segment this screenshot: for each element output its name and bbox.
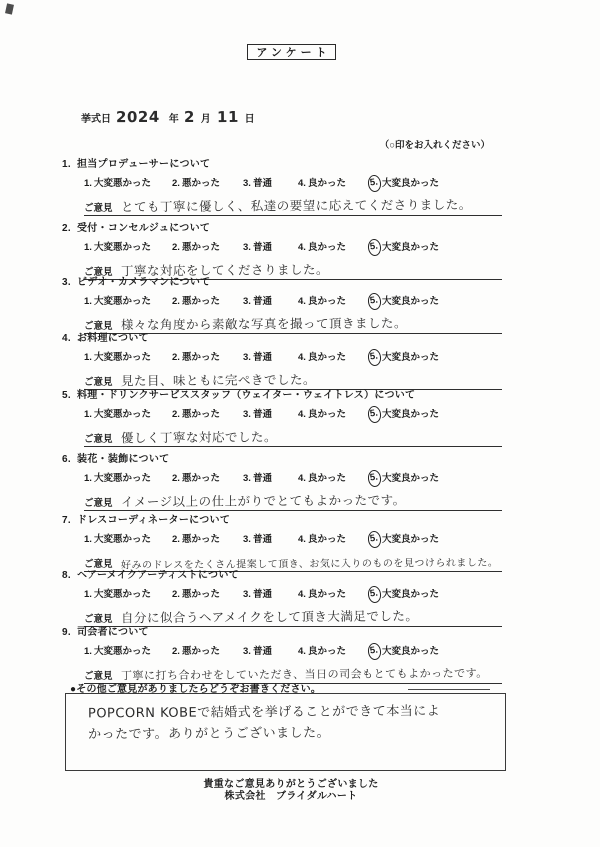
comment-label: ご意見 bbox=[84, 374, 113, 389]
rating-option: 4.良かった bbox=[298, 472, 368, 486]
rating-option: 3.普通 bbox=[243, 241, 298, 255]
question-title: お料理について bbox=[77, 333, 149, 344]
rating-option: 5.大変良かった bbox=[368, 349, 439, 366]
rating-option-label: 大変良かった bbox=[382, 645, 439, 659]
question-block: 8.ヘアーメイクアーティストについて 1.大変悪かった 2.悪かった 3.普通 … bbox=[0, 569, 600, 627]
rating-option-number: 5. bbox=[367, 238, 382, 256]
rating-option-label: 悪かった bbox=[182, 533, 220, 547]
rating-option: 5.大変良かった bbox=[368, 470, 439, 487]
rating-option-number: 5. bbox=[367, 405, 382, 423]
comment-label: ご意見 bbox=[84, 431, 113, 446]
rating-options-row: 1.大変悪かった 2.悪かった 3.普通 4.良かった 5.大変良かった bbox=[84, 406, 600, 423]
rating-option-number: 2. bbox=[172, 241, 180, 255]
rating-option: 5.大変良かった bbox=[368, 586, 439, 603]
rating-option: 2.悪かった bbox=[172, 533, 243, 547]
rating-options-row: 1.大変悪かった 2.悪かった 3.普通 4.良かった 5.大変良かった bbox=[84, 293, 600, 310]
rating-option: 1.大変悪かった bbox=[84, 408, 172, 422]
rating-option: 1.大変悪かった bbox=[84, 295, 172, 309]
rating-option: 3.普通 bbox=[243, 533, 298, 547]
rating-option-number: 1. bbox=[84, 533, 92, 547]
rating-option: 3.普通 bbox=[243, 295, 298, 309]
rating-option-number: 3. bbox=[243, 472, 251, 486]
comment-label: ご意見 bbox=[84, 200, 113, 215]
rating-option-label: 悪かった bbox=[182, 241, 220, 255]
rating-option: 4.良かった bbox=[298, 351, 368, 365]
comment-row: ご意見 イメージ以上の仕上がりでとてもよかったです。 bbox=[84, 490, 502, 511]
rating-option-number: 4. bbox=[298, 177, 306, 191]
comment-text: イメージ以上の仕上がりでとてもよかったです。 bbox=[112, 490, 502, 512]
question-number: 8. bbox=[62, 570, 71, 581]
rating-option-number: 1. bbox=[84, 588, 92, 602]
footer-company-line: 株式会社 ブライダルハート bbox=[65, 791, 517, 803]
rating-option-label: 普通 bbox=[253, 533, 272, 547]
rating-option-label: 普通 bbox=[253, 177, 272, 191]
rating-option: 3.普通 bbox=[243, 645, 298, 659]
rating-option-label: 大変良かった bbox=[382, 408, 439, 422]
rating-option: 5.大変良かった bbox=[368, 531, 439, 548]
rating-option-number: 4. bbox=[298, 351, 306, 365]
rating-option: 3.普通 bbox=[243, 408, 298, 422]
rating-option: 1.大変悪かった bbox=[84, 472, 172, 486]
comment-row: ご意見 自分に似合うヘアメイクをして頂き大満足でした。 bbox=[84, 606, 502, 627]
rating-option: 4.良かった bbox=[298, 408, 368, 422]
comment-row: ご意見 優しく丁寧な対応でした。 bbox=[84, 426, 502, 447]
rating-option-label: 悪かった bbox=[182, 177, 220, 191]
rating-option-number: 3. bbox=[243, 645, 251, 659]
rating-option-number: 2. bbox=[172, 645, 180, 659]
question-number: 1. bbox=[62, 159, 71, 170]
question-number: 2. bbox=[62, 223, 71, 234]
rating-option-label: 普通 bbox=[253, 351, 272, 365]
rating-option: 3.普通 bbox=[243, 351, 298, 365]
rating-option-label: 大変悪かった bbox=[94, 645, 151, 659]
rating-option: 4.良かった bbox=[298, 177, 368, 191]
question-number: 6. bbox=[62, 454, 71, 465]
questionnaire-sheet: アンケート 挙式日 2024 年 2 月 11 日 （○印をお入れください） 1… bbox=[0, 0, 600, 847]
rating-option-number: 2. bbox=[172, 351, 180, 365]
rating-option-label: 良かった bbox=[308, 295, 346, 309]
rating-option: 5.大変良かった bbox=[368, 175, 439, 192]
rating-option-number: 2. bbox=[172, 533, 180, 547]
rating-option: 1.大変悪かった bbox=[84, 351, 172, 365]
question-block: 5.料理・ドリンクサービススタッフ（ウェイター・ウェイトレス）について 1.大変… bbox=[0, 389, 600, 447]
rating-option: 1.大変悪かった bbox=[84, 645, 172, 659]
rating-option-label: 普通 bbox=[253, 408, 272, 422]
rating-option: 5.大変良かった bbox=[368, 643, 439, 660]
question-title: 装花・装飾について bbox=[77, 454, 170, 465]
rating-option-label: 悪かった bbox=[182, 295, 220, 309]
question-block: 7.ドレスコーディネーターについて 1.大変悪かった 2.悪かった 3.普通 4… bbox=[0, 514, 600, 572]
rating-options-row: 1.大変悪かった 2.悪かった 3.普通 4.良かった 5.大変良かった bbox=[84, 643, 600, 660]
rating-option: 2.悪かった bbox=[172, 408, 243, 422]
rating-option-number: 2. bbox=[172, 472, 180, 486]
rating-option-label: 普通 bbox=[253, 295, 272, 309]
comment-text: 見た目、味ともに完ぺきでした。 bbox=[112, 369, 502, 391]
question-block: 4.お料理について 1.大変悪かった 2.悪かった 3.普通 4.良かった 5.… bbox=[0, 332, 600, 390]
comment-label: ご意見 bbox=[84, 611, 113, 626]
rating-option-label: 大変悪かった bbox=[94, 295, 151, 309]
question-title: 担当プロデューサーについて bbox=[77, 159, 210, 170]
rating-option-number: 4. bbox=[298, 295, 306, 309]
rating-option-number: 5. bbox=[367, 469, 382, 487]
comment-row: ご意見 様々な角度から素敵な写真を撮って頂きました。 bbox=[84, 313, 502, 334]
rating-option: 2.悪かった bbox=[172, 295, 243, 309]
rating-option-number: 1. bbox=[84, 351, 92, 365]
rating-option: 3.普通 bbox=[243, 177, 298, 191]
rating-option-number: 3. bbox=[243, 295, 251, 309]
rating-option-label: 良かった bbox=[308, 588, 346, 602]
rating-option-label: 良かった bbox=[308, 533, 346, 547]
rating-options-row: 1.大変悪かった 2.悪かった 3.普通 4.良かった 5.大変良かった bbox=[84, 470, 600, 487]
rating-option: 2.悪かった bbox=[172, 241, 243, 255]
rating-options-row: 1.大変悪かった 2.悪かった 3.普通 4.良かった 5.大変良かった bbox=[84, 349, 600, 366]
question-number: 7. bbox=[62, 515, 71, 526]
free-comment-box: POPCORN KOBEで結婚式を挙げることができて本当によかったです。ありがと… bbox=[65, 693, 506, 771]
rating-option: 4.良かった bbox=[298, 295, 368, 309]
rating-option-label: 普通 bbox=[253, 241, 272, 255]
rating-option-label: 大変悪かった bbox=[94, 588, 151, 602]
ruled-line-segment bbox=[408, 689, 490, 690]
question-number: 3. bbox=[62, 277, 71, 288]
rating-option: 1.大変悪かった bbox=[84, 241, 172, 255]
rating-option: 2.悪かった bbox=[172, 351, 243, 365]
question-title: 受付・コンセルジュについて bbox=[77, 223, 210, 234]
question-title: ビデオ・カメラマンについて bbox=[77, 277, 211, 288]
comment-text: とても丁寧に優しく、私達の要望に応えてくださりました。 bbox=[112, 195, 502, 217]
rating-option-label: 普通 bbox=[253, 472, 272, 486]
rating-option-number: 2. bbox=[172, 408, 180, 422]
rating-option-number: 2. bbox=[172, 295, 180, 309]
rating-option: 3.普通 bbox=[243, 588, 298, 602]
rating-option-number: 2. bbox=[172, 177, 180, 191]
rating-option-label: 悪かった bbox=[182, 408, 220, 422]
rating-option: 4.良かった bbox=[298, 241, 368, 255]
rating-option-number: 5. bbox=[367, 292, 382, 310]
rating-options-row: 1.大変悪かった 2.悪かった 3.普通 4.良かった 5.大変良かった bbox=[84, 239, 600, 256]
rating-option-number: 1. bbox=[84, 645, 92, 659]
rating-option-number: 3. bbox=[243, 588, 251, 602]
question-number: 9. bbox=[62, 627, 71, 638]
comment-text: 優しく丁寧な対応でした。 bbox=[112, 426, 502, 448]
rating-option-label: 悪かった bbox=[182, 472, 220, 486]
rating-option: 1.大変悪かった bbox=[84, 177, 172, 191]
rating-option-number: 4. bbox=[298, 533, 306, 547]
rating-option-number: 1. bbox=[84, 472, 92, 486]
rating-option-number: 5. bbox=[367, 585, 382, 603]
rating-option-number: 3. bbox=[243, 351, 251, 365]
rating-option-number: 3. bbox=[243, 241, 251, 255]
question-block: 3.ビデオ・カメラマンについて 1.大変悪かった 2.悪かった 3.普通 4.良… bbox=[0, 276, 600, 334]
rating-option: 5.大変良かった bbox=[368, 293, 439, 310]
rating-option: 2.悪かった bbox=[172, 472, 243, 486]
rating-option-number: 1. bbox=[84, 177, 92, 191]
rating-option-number: 5. bbox=[367, 174, 382, 192]
rating-option-number: 1. bbox=[84, 408, 92, 422]
rating-option: 2.悪かった bbox=[172, 645, 243, 659]
rating-option-label: 大変良かった bbox=[382, 533, 439, 547]
rating-option-label: 大変良かった bbox=[382, 177, 439, 191]
rating-option-number: 4. bbox=[298, 588, 306, 602]
rating-option-label: 悪かった bbox=[182, 588, 220, 602]
rating-option-label: 大変悪かった bbox=[94, 408, 151, 422]
question-title: 司会者について bbox=[77, 627, 149, 638]
rating-option-number: 5. bbox=[367, 348, 382, 366]
footer: 貴重なご意見ありがとうございました 株式会社 ブライダルハート bbox=[65, 779, 517, 802]
rating-option: 1.大変悪かった bbox=[84, 588, 172, 602]
rating-option-number: 4. bbox=[298, 645, 306, 659]
comment-text: 自分に似合うヘアメイクをして頂き大満足でした。 bbox=[112, 606, 502, 628]
rating-option-number: 1. bbox=[84, 295, 92, 309]
comment-row: ご意見 見た目、味ともに完ぺきでした。 bbox=[84, 369, 502, 390]
rating-option-label: 大変良かった bbox=[382, 472, 439, 486]
rating-option-label: 大変良かった bbox=[382, 295, 439, 309]
rating-option: 2.悪かった bbox=[172, 588, 243, 602]
question-block: 9.司会者について 1.大変悪かった 2.悪かった 3.普通 4.良かった 5.… bbox=[0, 626, 600, 684]
rating-option-label: 大変悪かった bbox=[94, 533, 151, 547]
rating-option-label: 良かった bbox=[308, 241, 346, 255]
question-block: 1.担当プロデューサーについて 1.大変悪かった 2.悪かった 3.普通 4.良… bbox=[0, 158, 600, 216]
rating-option-number: 5. bbox=[367, 530, 382, 548]
rating-option-label: 良かった bbox=[308, 177, 346, 191]
rating-option-label: 大変悪かった bbox=[94, 177, 151, 191]
footer-thanks-line: 貴重なご意見ありがとうございました bbox=[65, 779, 517, 791]
rating-option: 4.良かった bbox=[298, 533, 368, 547]
question-number: 5. bbox=[62, 390, 71, 401]
rating-option-label: 普通 bbox=[253, 588, 272, 602]
question-block: 6.装花・装飾について 1.大変悪かった 2.悪かった 3.普通 4.良かった … bbox=[0, 453, 600, 511]
comment-label: ご意見 bbox=[84, 318, 113, 333]
rating-option: 4.良かった bbox=[298, 588, 368, 602]
rating-option-label: 良かった bbox=[308, 645, 346, 659]
rating-option-number: 4. bbox=[298, 241, 306, 255]
rating-option: 4.良かった bbox=[298, 645, 368, 659]
rating-option-label: 良かった bbox=[308, 472, 346, 486]
question-number: 4. bbox=[62, 333, 71, 344]
comment-label: ご意見 bbox=[84, 495, 113, 510]
rating-option-number: 2. bbox=[172, 588, 180, 602]
rating-option-number: 5. bbox=[367, 642, 382, 660]
rating-option-label: 大変良かった bbox=[382, 241, 439, 255]
rating-option-number: 1. bbox=[84, 241, 92, 255]
question-title: ヘアーメイクアーティストについて bbox=[77, 570, 239, 581]
rating-option: 3.普通 bbox=[243, 472, 298, 486]
rating-option-label: 悪かった bbox=[182, 645, 220, 659]
question-block: 2.受付・コンセルジュについて 1.大変悪かった 2.悪かった 3.普通 4.良… bbox=[0, 222, 600, 280]
question-title: 料理・ドリンクサービススタッフ（ウェイター・ウェイトレス）について bbox=[77, 390, 415, 401]
rating-options-row: 1.大変悪かった 2.悪かった 3.普通 4.良かった 5.大変良かった bbox=[84, 175, 600, 192]
rating-option-label: 大変良かった bbox=[382, 588, 439, 602]
rating-option-label: 大変悪かった bbox=[94, 472, 151, 486]
rating-option: 5.大変良かった bbox=[368, 406, 439, 423]
rating-option-label: 悪かった bbox=[182, 351, 220, 365]
rating-option-label: 良かった bbox=[308, 351, 346, 365]
rating-option-label: 良かった bbox=[308, 408, 346, 422]
rating-option-label: 大変良かった bbox=[382, 351, 439, 365]
rating-option-number: 3. bbox=[243, 177, 251, 191]
rating-options-row: 1.大変悪かった 2.悪かった 3.普通 4.良かった 5.大変良かった bbox=[84, 531, 600, 548]
comment-row: ご意見 とても丁寧に優しく、私達の要望に応えてくださりました。 bbox=[84, 195, 502, 216]
rating-option-number: 3. bbox=[243, 408, 251, 422]
rating-options-row: 1.大変悪かった 2.悪かった 3.普通 4.良かった 5.大変良かった bbox=[84, 586, 600, 603]
rating-option-label: 普通 bbox=[253, 645, 272, 659]
rating-option: 2.悪かった bbox=[172, 177, 243, 191]
rating-option: 5.大変良かった bbox=[368, 239, 439, 256]
free-comment-text: POPCORN KOBEで結婚式を挙げることができて本当によかったです。ありがと… bbox=[66, 692, 505, 745]
question-title: ドレスコーディネーターについて bbox=[77, 515, 230, 526]
rating-option-number: 4. bbox=[298, 472, 306, 486]
rating-option-label: 大変悪かった bbox=[94, 351, 151, 365]
rating-option-number: 4. bbox=[298, 408, 306, 422]
rating-option-number: 3. bbox=[243, 533, 251, 547]
rating-option-label: 大変悪かった bbox=[94, 241, 151, 255]
rating-option: 1.大変悪かった bbox=[84, 533, 172, 547]
